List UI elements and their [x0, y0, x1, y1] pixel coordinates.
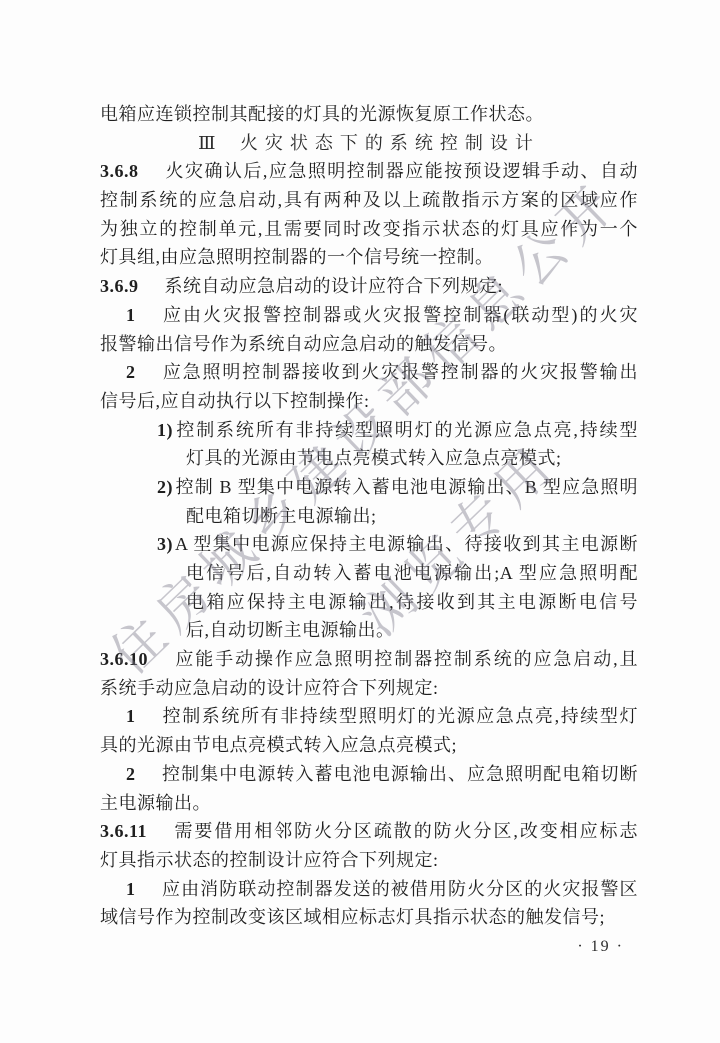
clause-number: 2 — [126, 362, 136, 382]
text-line: 3.6.9系统自动应急启动的设计应符合下列规定: — [100, 272, 638, 301]
line-text: 控制系统所有非持续型照明灯的光源应急点亮,持续型灯 — [162, 706, 639, 726]
clause-number: 1 — [126, 879, 136, 899]
line-text: 灯具组,由应急照明控制器的一个信号统一控制。 — [100, 247, 494, 267]
line-text: 灯具的光源由节电点亮模式转入应急点亮模式; — [186, 448, 562, 468]
document-page: 电箱应连锁控制其配接的灯具的光源恢复原工作状态。Ⅲ火灾状态下的系统控制设计3.6… — [0, 0, 720, 1043]
text-line: 1)控制系统所有非持续型照明灯的光源应急点亮,持续型 — [100, 416, 638, 445]
page-number: · 19 · — [577, 938, 624, 956]
text-line: 2应急照明控制器接收到火灾报警控制器的火灾报警输出 — [100, 358, 638, 387]
text-line: 配电箱切断主电源输出; — [100, 502, 638, 531]
clause-number: 1) — [157, 420, 173, 440]
line-text: 应急照明控制器接收到火灾报警控制器的火灾报警输出 — [162, 362, 639, 382]
line-text: 域信号作为控制改变该区域相应标志灯具指示状态的触发信号; — [100, 907, 605, 927]
line-text: 系统手动应急启动的设计应符合下列规定: — [100, 678, 439, 698]
text-line: 信号后,应自动执行以下控制操作: — [100, 387, 638, 416]
text-line: 2)控制 B 型集中电源转入蓄电池电源输出、B 型应急照明 — [100, 473, 638, 502]
text-line: 报警输出信号作为系统自动应急启动的触发信号。 — [100, 330, 638, 359]
text-line: 2控制集中电源转入蓄电池电源输出、应急照明配电箱切断 — [100, 760, 638, 789]
clause-number: 1 — [126, 305, 136, 325]
text-line: 域信号作为控制改变该区域相应标志灯具指示状态的触发信号; — [100, 903, 638, 932]
clause-number: 3.6.9 — [100, 276, 139, 296]
text-line: 为独立的控制单元,且需要同时改变指示状态的灯具应作为一个 — [100, 215, 638, 244]
line-text: 应能手动操作应急照明控制器控制系统的应急启动,且 — [174, 649, 638, 669]
text-line: 3.6.8火灾确认后,应急照明控制器应能按预设逻辑手动、自动 — [100, 157, 638, 186]
text-line: 系统手动应急启动的设计应符合下列规定: — [100, 674, 638, 703]
line-text: 火灾确认后,应急照明控制器应能按预设逻辑手动、自动 — [165, 161, 639, 181]
text-line: 灯具组,由应急照明控制器的一个信号统一控制。 — [100, 243, 638, 272]
line-text: 灯具指示状态的控制设计应符合下列规定: — [100, 850, 439, 870]
line-text: 系统自动应急启动的设计应符合下列规定: — [165, 276, 504, 296]
clause-number: 3.6.10 — [100, 649, 148, 669]
text-line: Ⅲ火灾状态下的系统控制设计 — [100, 129, 638, 158]
text-line: 灯具的光源由节电点亮模式转入应急点亮模式; — [100, 444, 638, 473]
line-text: 控制集中电源转入蓄电池电源输出、应急照明配电箱切断 — [162, 764, 639, 784]
text-line: 电信号后,自动转入蓄电池电源输出;A 型应急照明配 — [100, 559, 638, 588]
clause-number: 2 — [126, 764, 136, 784]
line-text: 控制系统所有非持续型照明灯的光源应急点亮,持续型 — [175, 420, 638, 440]
line-text: 后,自动切断主电源输出。 — [186, 620, 395, 640]
line-text: 信号后,应自动执行以下控制操作: — [100, 391, 370, 411]
clause-number: 2) — [157, 477, 173, 497]
text-line: 1应由火灾报警控制器或火灾报警控制器(联动型)的火灾 — [100, 301, 638, 330]
text-line: 控制系统的应急启动,具有两种及以上疏散指示方案的区域应作 — [100, 186, 638, 215]
line-text: 主电源输出。 — [100, 793, 211, 813]
text-line: 后,自动切断主电源输出。 — [100, 616, 638, 645]
line-text: 需要借用相邻防火分区疏散的防火分区,改变相应标志 — [173, 821, 638, 841]
text-line: 1应由消防联动控制器发送的被借用防火分区的火灾报警区 — [100, 875, 638, 904]
document-body: 电箱应连锁控制其配接的灯具的光源恢复原工作状态。Ⅲ火灾状态下的系统控制设计3.6… — [100, 100, 638, 932]
text-line: 1控制系统所有非持续型照明灯的光源应急点亮,持续型灯 — [100, 702, 638, 731]
text-line: 3.6.11需要借用相邻防火分区疏散的防火分区,改变相应标志 — [100, 817, 638, 846]
line-text: 电箱应连锁控制其配接的灯具的光源恢复原工作状态。 — [100, 104, 544, 124]
line-text: 控制 B 型集中电源转入蓄电池电源输出、B 型应急照明 — [175, 477, 638, 497]
clause-number: 1 — [126, 706, 136, 726]
clause-number: 3) — [157, 534, 173, 554]
line-text: A 型集中电源应保持主电源输出、待接收到其主电源断 — [175, 534, 638, 554]
text-line: 电箱应保持主电源输出,待接收到其主电源断电信号 — [100, 588, 638, 617]
line-text: 控制系统的应急启动,具有两种及以上疏散指示方案的区域应作 — [100, 190, 638, 210]
line-text: 报警输出信号作为系统自动应急启动的触发信号。 — [100, 334, 507, 354]
line-text: 火灾状态下的系统控制设计 — [240, 133, 540, 153]
text-line: 主电源输出。 — [100, 789, 638, 818]
line-text: 具的光源由节电点亮模式转入应急点亮模式; — [100, 735, 457, 755]
text-line: 3)A 型集中电源应保持主电源输出、待接收到其主电源断 — [100, 530, 638, 559]
line-text: 应由消防联动控制器发送的被借用防火分区的火灾报警区 — [162, 879, 639, 899]
text-line: 电箱应连锁控制其配接的灯具的光源恢复原工作状态。 — [100, 100, 638, 129]
text-line: 灯具指示状态的控制设计应符合下列规定: — [100, 846, 638, 875]
clause-number: 3.6.8 — [100, 161, 139, 181]
line-text: 配电箱切断主电源输出; — [186, 506, 377, 526]
clause-number: 3.6.11 — [100, 821, 147, 841]
line-text: 为独立的控制单元,且需要同时改变指示状态的灯具应作为一个 — [100, 219, 638, 239]
line-text: 电箱应保持主电源输出,待接收到其主电源断电信号 — [186, 592, 638, 612]
line-text: 电信号后,自动转入蓄电池电源输出;A 型应急照明配 — [186, 563, 638, 583]
line-text: 应由火灾报警控制器或火灾报警控制器(联动型)的火灾 — [162, 305, 639, 325]
text-line: 具的光源由节电点亮模式转入应急点亮模式; — [100, 731, 638, 760]
clause-number: Ⅲ — [198, 133, 216, 153]
text-line: 3.6.10应能手动操作应急照明控制器控制系统的应急启动,且 — [100, 645, 638, 674]
